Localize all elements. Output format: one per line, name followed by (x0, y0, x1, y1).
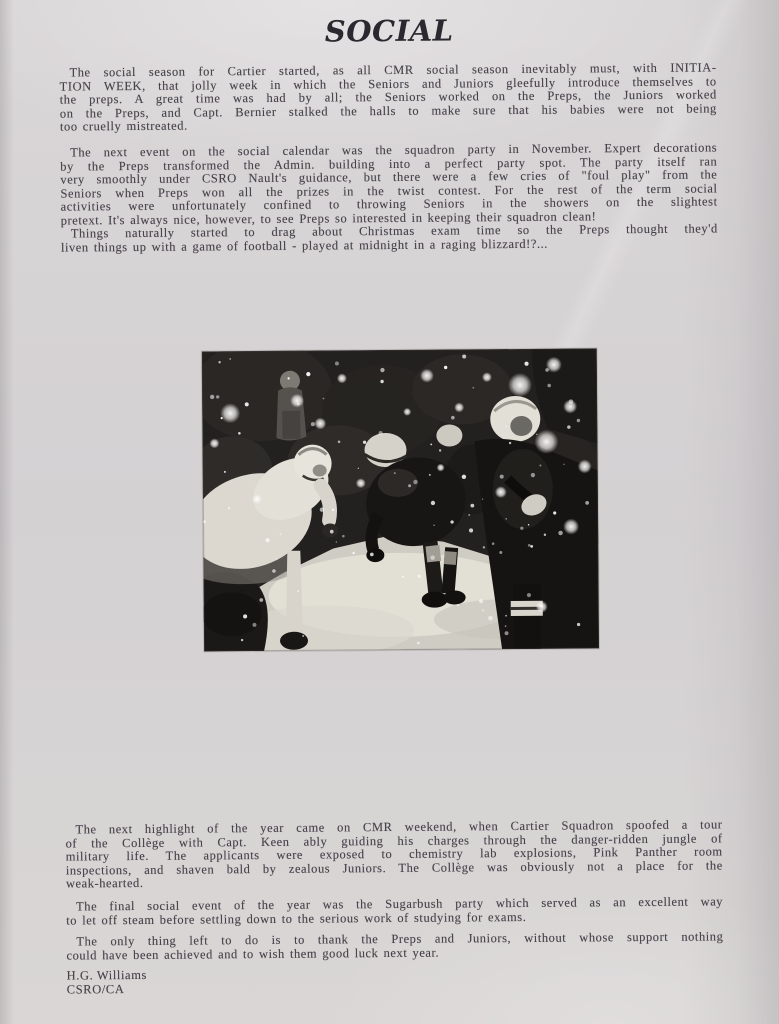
snow-blizzard-photo (202, 348, 599, 651)
paragraph-sugarbush: The final social event of the year was t… (66, 895, 723, 927)
signature-role: CSRO/CA (67, 982, 147, 996)
yearbook-page: SOCIAL The social season for Cartier sta… (0, 0, 779, 1024)
text-line: too cruelly mistreated. (60, 116, 717, 135)
paragraph-squadron-party: The next event on the social calendar wa… (60, 141, 718, 228)
paragraph-midnight-football: Things naturally started to drag about C… (61, 222, 718, 254)
text-line: to let off steam before settling down to… (66, 909, 723, 928)
text-line: could have been achieved and to wish the… (66, 944, 723, 963)
signature-name: H.G. Williams (67, 969, 147, 983)
page-title: SOCIAL (59, 11, 719, 50)
signature-block: H.G. Williams CSRO/CA (67, 969, 148, 997)
paragraph-thanks: The only thing left to do is to thank th… (66, 930, 723, 962)
paragraph-initiation-week: The social season for Cartier started, a… (59, 61, 717, 134)
scanned-page-content: SOCIAL The social season for Cartier sta… (0, 0, 779, 1024)
snow-blizzard-photo-graphic (202, 348, 599, 651)
paragraph-cmr-weekend: The next highlight of the year came on C… (65, 818, 723, 891)
text-line: liven things up with a game of football … (61, 236, 718, 255)
